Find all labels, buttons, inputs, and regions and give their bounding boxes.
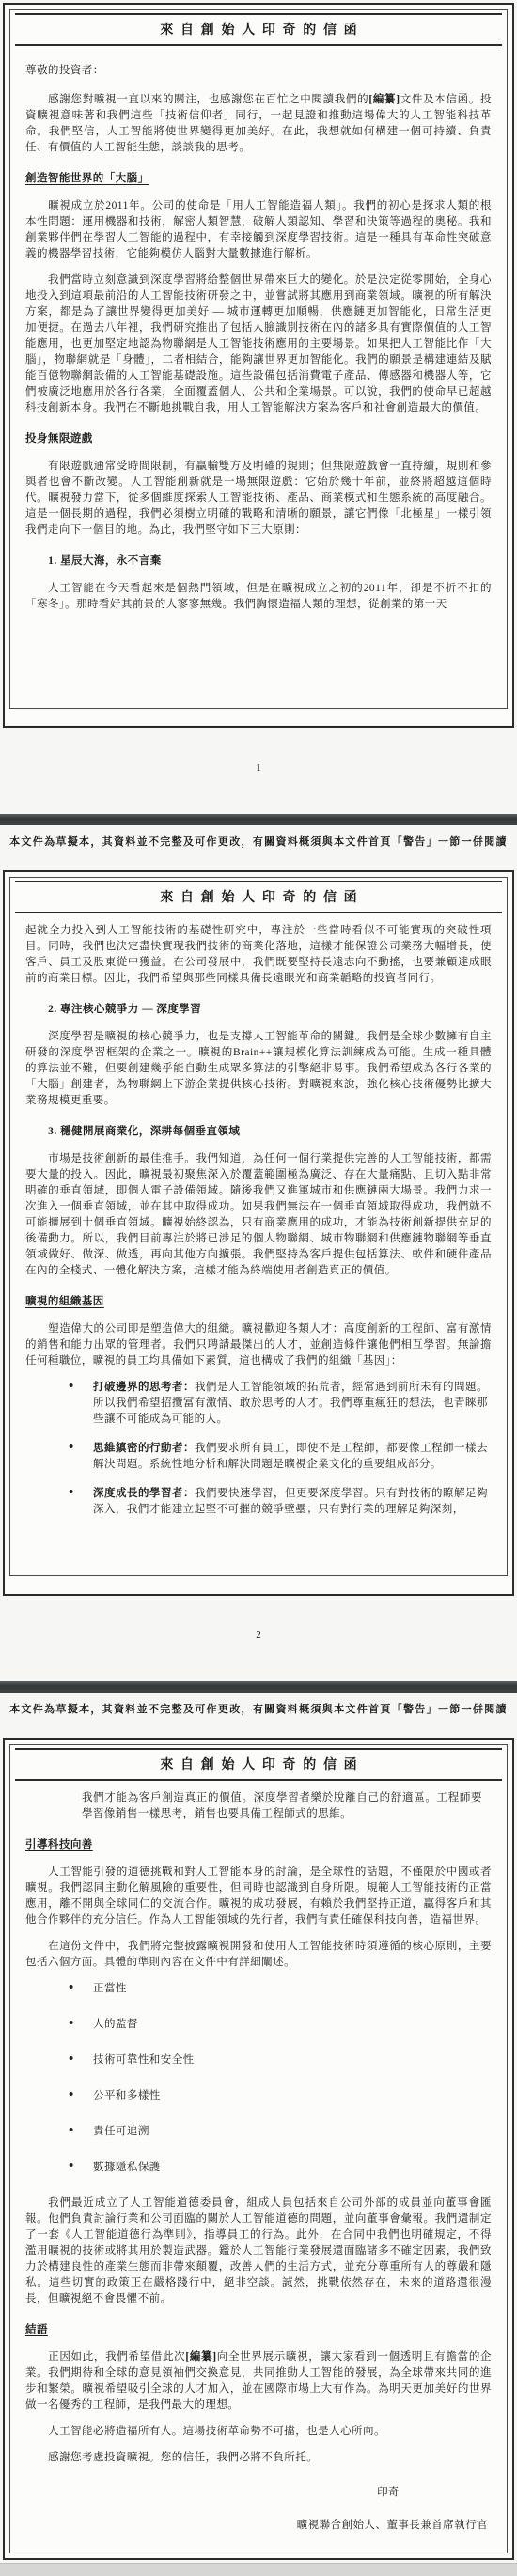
page-gap: 1本文件為草擬本，其資料並不完整及可作更改，有關資料概須與本文件首頁「警告」一節… xyxy=(0,728,517,867)
paragraph: 正因如此，我們希望借此次[編纂]向全世界展示曠視，讓大家看到一個透明且有擔當的企… xyxy=(25,2350,492,2413)
page-title: 來自創始人印奇的信函 xyxy=(15,887,502,906)
document-canvas: 來自創始人印奇的信函尊敬的投資者：感謝您對曠視一直以來的關注，也感謝您在百忙之中… xyxy=(0,0,517,2576)
text-run: [編纂] xyxy=(368,94,399,105)
paragraph: 曠視成立於2011年。公司的使命是「用人工智能造福人類」。我們的初心是探求人類的… xyxy=(25,198,492,262)
paragraph: 塑造偉大的公司即是塑造偉大的組織。曠視歡迎各類人才：高度創新的工程師、富有激情的… xyxy=(25,1321,492,1369)
page-body: 我們才能為客戶創造真正的價值。深度學習者樂於脫離自己的舒適區。工程師要學習像銷售… xyxy=(10,1781,507,2534)
text-run: 深度成長的學習者： xyxy=(93,1488,195,1499)
principle-list-item: 人的監督 xyxy=(69,2017,488,2033)
paragraph-continuation: 起就全力投入到人工智能技術的基礎性研究中，專注於一些當時看似不可能實現的突破性項… xyxy=(25,923,492,987)
page-title-band: 來自創始人印奇的信函 xyxy=(15,13,502,46)
paragraph: 人工智能引發的道德挑戰和對人工智能本身的討論，是全球性的話題，不僅限於中國或者曠… xyxy=(25,1865,492,1928)
bullet-item: 打破邊界的思考者：我們是人工智能領域的拓荒者，經常遇到前所未有的問題。所以我們希… xyxy=(69,1380,488,1428)
text-run: [編纂] xyxy=(185,2351,216,2363)
page-inner-frame: 來自創始人印奇的信函起就全力投入到人工智能技術的基礎性研究中，專注於一些當時看似… xyxy=(9,877,508,1576)
text-run: 感謝您對曠視一直以來的關注，也感謝您在百忙之中閱讀我們的 xyxy=(48,94,368,105)
photo-edge-strip xyxy=(0,2563,517,2576)
document-page: 來自創始人印奇的信函我們才能為客戶創造真正的價值。深度學習者樂於脫離自己的舒適區… xyxy=(3,1738,514,2560)
principle-list-item: 正當性 xyxy=(69,1981,488,1997)
paragraph: 我們最近成立了人工智能道德委員會，組成人員包括來自公司外部的成員並向董事會匯報。… xyxy=(25,2195,492,2307)
page-gap: 2本文件為草擬本，其資料並不完整及可作更改，有關資料概須與本文件首頁「警告」一節… xyxy=(0,1596,517,1735)
separator-bar xyxy=(0,1681,517,1693)
draft-warning-text: 本文件為草擬本，其資料並不完整及可作更改，有關資料概須與本文件首頁「警告」一節一… xyxy=(0,825,517,849)
section-heading: 結語 xyxy=(25,2322,492,2338)
numbered-subheading: 2. 專注核心競爭力 — 深度學習 xyxy=(48,1002,492,1018)
numbered-subheading: 1. 星辰大海，永不言棄 xyxy=(48,554,492,570)
principle-list-item: 公平和多樣性 xyxy=(69,2088,488,2104)
salutation: 尊敬的投資者： xyxy=(25,63,492,79)
bullet-continuation: 我們才能為客戶創造真正的價值。深度學習者樂於脫離自己的舒適區。工程師要學習像銷售… xyxy=(82,1790,482,1822)
paragraph: 有限遊戲通常受時間限制，有贏輸雙方及明確的規則；但無限遊戲會一直持續，規則和參與… xyxy=(25,459,492,539)
page-body: 起就全力投入到人工智能技術的基礎性研究中，專注於一些當時看似不可能實現的突破性項… xyxy=(10,913,507,1518)
page-title: 來自創始人印奇的信函 xyxy=(15,20,502,39)
document-pages: 來自創始人印奇的信函尊敬的投資者：感謝您對曠視一直以來的關注，也感謝您在百忙之中… xyxy=(0,3,517,2560)
section-heading: 曠視的組織基因 xyxy=(25,1294,492,1310)
signature-title: 曠視聯合創始人、董事長兼首席執行官 xyxy=(25,2518,492,2534)
page-title-band: 來自創始人印奇的信函 xyxy=(15,881,502,913)
paragraph: 在這份文件中，我們將完整披露曠視開發和使用人工智能技術時須遵循的核心原則，主要包… xyxy=(25,1939,492,1971)
paragraph: 人工智能必將造福所有人。這場技術革命勢不可擋，也是人心所向。 xyxy=(25,2424,492,2440)
paragraph: 我們當時立刻意識到深度學習將給整個世界帶來巨大的變化。於是決定從零開始，全身心地… xyxy=(25,273,492,416)
signature-name: 印奇 xyxy=(25,2485,492,2501)
principle-list-item: 責任可追溯 xyxy=(69,2124,488,2140)
separator-bar xyxy=(0,814,517,825)
page-title: 來自創始人印奇的信函 xyxy=(15,1755,502,1773)
page-title-band: 來自創始人印奇的信函 xyxy=(15,1748,502,1781)
document-page: 來自創始人印奇的信函尊敬的投資者：感謝您對曠視一直以來的關注，也感謝您在百忙之中… xyxy=(3,3,514,728)
section-heading: 投身無限遊戲 xyxy=(25,431,492,447)
text-run: 打破邊界的思考者： xyxy=(93,1382,195,1393)
page-inner-frame: 來自創始人印奇的信函我們才能為客戶創造真正的價值。深度學習者樂於脫離自己的舒適區… xyxy=(9,1744,508,2553)
paragraph: 市場是技術創新的最佳推手。我們知道，為任何一個行業提供完善的人工智能技術，都需要… xyxy=(25,1151,492,1279)
page-number: 1 xyxy=(0,728,517,774)
paragraph: 感謝您對曠視一直以來的關注，也感謝您在百忙之中閱讀我們的[編纂]文件及本信函。投… xyxy=(25,92,492,156)
paragraph: 人工智能在今天看起來是個熱門領域，但是在曠視成立之初的2011年，卻是不折不扣的… xyxy=(25,581,492,613)
page-number: 2 xyxy=(0,1596,517,1642)
bullet-item: 思維縝密的行動者：我們要求所有員工，即使不是工程師，都要像工程師一樣去解決問題。… xyxy=(69,1441,488,1473)
page-body: 尊敬的投資者：感謝您對曠視一直以來的關注，也感謝您在百忙之中閱讀我們的[編纂]文… xyxy=(10,46,507,613)
principle-list-item: 技術可靠性和安全性 xyxy=(69,2053,488,2069)
draft-warning-text: 本文件為草擬本，其資料並不完整及可作更改，有關資料概須與本文件首頁「警告」一節一… xyxy=(0,1693,517,1716)
text-run: 正因如此，我們希望借此次 xyxy=(48,2351,185,2363)
section-heading: 創造智能世界的「大腦」 xyxy=(25,171,492,187)
principle-list-item: 數據隱私保護 xyxy=(69,2160,488,2176)
paragraph: 深度學習是曠視的核心競爭力，也是支撐人工智能革命的關鍵。我們是全球少數擁有自主研… xyxy=(25,1029,492,1109)
page-inner-frame: 來自創始人印奇的信函尊敬的投資者：感謝您對曠視一直以來的關注，也感謝您在百忙之中… xyxy=(9,9,508,709)
paragraph: 感謝您考慮投資曠視。您的信任，我們必將不負所托。 xyxy=(25,2450,492,2466)
section-heading: 引導科技向善 xyxy=(25,1837,492,1853)
document-page: 來自創始人印奇的信函起就全力投入到人工智能技術的基礎性研究中，專注於一些當時看似… xyxy=(3,870,514,1596)
text-run: 思維縝密的行動者： xyxy=(93,1443,195,1454)
bullet-item: 深度成長的學習者：我們要快速學習，但更要深度學習。只有對技術的瞭解足夠深入，我們… xyxy=(69,1486,488,1518)
numbered-subheading: 3. 穩健開展商業化，深耕每個垂直領域 xyxy=(48,1124,492,1140)
